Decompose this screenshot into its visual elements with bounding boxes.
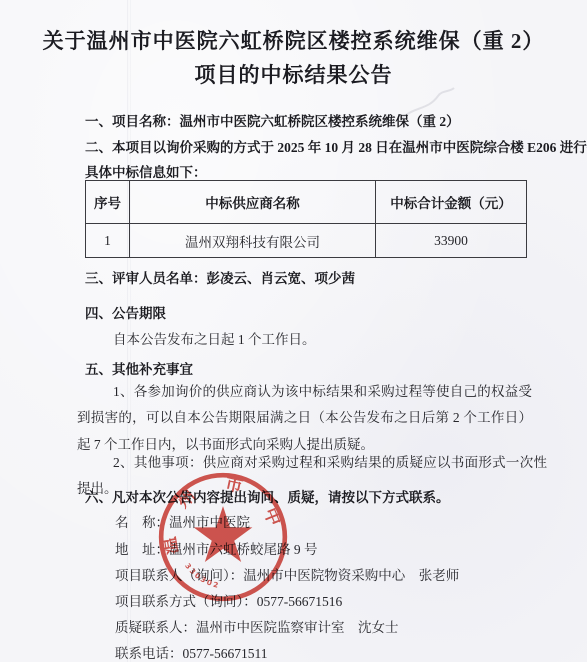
contact-project-person: 项目联系人（询问）：温州市中医院物资采购中心 张老师 (115, 564, 459, 584)
section4-body: 自本公告发布之日起 1 个工作日。 (113, 328, 316, 348)
title-line-1: 关于温州市中医院六虹桥院区楼控系统维保（重 2） (0, 24, 587, 58)
table-row: 1 温州双翔科技有限公司 33900 (86, 224, 527, 258)
bid-result-table: 序号 中标供应商名称 中标合计金额（元） 1 温州双翔科技有限公司 33900 (85, 180, 527, 258)
col-header-amount: 中标合计金额（元） (376, 181, 527, 224)
contact-name: 名 称：温州市中医院 (115, 511, 250, 531)
contact-challenge-person: 质疑联系人：温州市中医院监察审计室 沈女士 (115, 616, 399, 636)
cell-amount: 33900 (376, 224, 527, 258)
page-title: 关于温州市中医院六虹桥院区楼控系统维保（重 2） 项目的中标结果公告 (0, 24, 587, 92)
contact-project-phone: 项目联系方式（询问）：0577-56671516 (115, 590, 342, 610)
section3-review-panel: 三、评审人员名单：彭凌云、肖云宽、项少茜 (85, 267, 355, 287)
col-header-supplier: 中标供应商名称 (130, 181, 376, 224)
table-header-row: 序号 中标供应商名称 中标合计金额（元） (86, 181, 527, 224)
section5-item1: 1、各参加询价的供应商认为该中标结果和采购过程等使自己的权益受到损害的，可以自本… (77, 379, 532, 458)
cell-supplier: 温州双翔科技有限公司 (130, 224, 376, 258)
section6-heading: 六、凡对本次公告内容提出询问、质疑，请按以下方式联系。 (85, 486, 450, 506)
section2-procurement-info: 二、本项目以询价采购的方式于 2025 年 10 月 28 日在温州市中医院综合… (85, 136, 587, 156)
section5-heading: 五、其他补充事宜 (85, 358, 193, 378)
section4-heading: 四、公告期限 (85, 302, 166, 322)
cell-serial: 1 (86, 224, 130, 258)
contact-address: 地 址：温州市六虹桥蛟尾路 9 号 (115, 538, 318, 558)
announcement-document: 关于温州市中医院六虹桥院区楼控系统维保（重 2） 项目的中标结果公告 一、项目名… (0, 0, 587, 662)
contact-challenge-phone: 联系电话：0577-56671511 (115, 642, 268, 662)
section1-project-name: 一、项目名称：温州市中医院六虹桥院区楼控系统维保（重 2） (85, 110, 460, 130)
col-header-serial: 序号 (86, 181, 130, 224)
title-line-2: 项目的中标结果公告 (0, 58, 587, 92)
section2-table-intro: 具体中标信息如下： (85, 161, 207, 181)
